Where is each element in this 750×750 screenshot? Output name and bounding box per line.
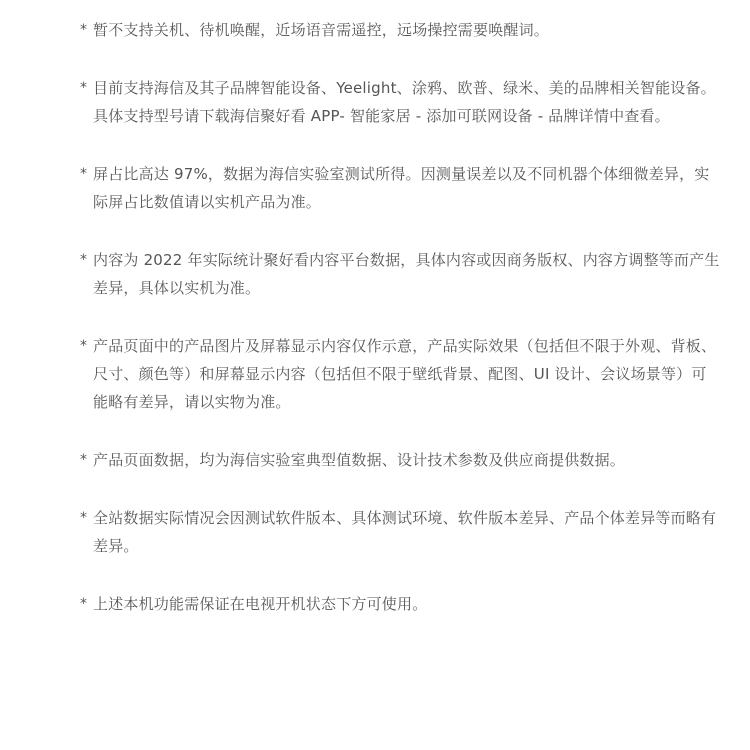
- asterisk-bullet: *: [80, 16, 87, 44]
- asterisk-bullet: *: [80, 590, 87, 618]
- asterisk-bullet: *: [80, 332, 87, 360]
- asterisk-bullet: *: [80, 160, 87, 188]
- note-text: 屏占比高达 97%，数据为海信实验室测试所得。因测量误差以及不同机器个体细微差异…: [93, 165, 710, 211]
- disclaimer-notes: * 暂不支持关机、待机唤醒，近场语音需遥控，远场操控需要唤醒词。 * 目前支持海…: [80, 16, 720, 648]
- note-item: * 目前支持海信及其子品牌智能设备、Yeelight、涂鸦、欧普、绿米、美的品牌…: [80, 74, 720, 130]
- note-item: * 暂不支持关机、待机唤醒，近场语音需遥控，远场操控需要唤醒词。: [80, 16, 720, 44]
- note-item: * 上述本机功能需保证在电视开机状态下方可使用。: [80, 590, 720, 618]
- note-text: 目前支持海信及其子品牌智能设备、Yeelight、涂鸦、欧普、绿米、美的品牌相关…: [93, 79, 716, 125]
- asterisk-bullet: *: [80, 446, 87, 474]
- asterisk-bullet: *: [80, 504, 87, 532]
- note-item: * 产品页面中的产品图片及屏幕显示内容仅作示意，产品实际效果（包括但不限于外观、…: [80, 332, 720, 416]
- note-item: * 屏占比高达 97%，数据为海信实验室测试所得。因测量误差以及不同机器个体细微…: [80, 160, 720, 216]
- note-text: 产品页面数据，均为海信实验室典型值数据、设计技术参数及供应商提供数据。: [93, 451, 625, 469]
- note-item: * 产品页面数据，均为海信实验室典型值数据、设计技术参数及供应商提供数据。: [80, 446, 720, 474]
- note-text: 上述本机功能需保证在电视开机状态下方可使用。: [93, 595, 427, 613]
- note-item: * 全站数据实际情况会因测试软件版本、具体测试环境、软件版本差异、产品个体差异等…: [80, 504, 720, 560]
- asterisk-bullet: *: [80, 246, 87, 274]
- note-text: 产品页面中的产品图片及屏幕显示内容仅作示意，产品实际效果（包括但不限于外观、背板…: [93, 337, 716, 411]
- note-text: 全站数据实际情况会因测试软件版本、具体测试环境、软件版本差异、产品个体差异等而略…: [93, 509, 716, 555]
- note-item: * 内容为 2022 年实际统计聚好看内容平台数据，具体内容或因商务版权、内容方…: [80, 246, 720, 302]
- note-text: 暂不支持关机、待机唤醒，近场语音需遥控，远场操控需要唤醒词。: [93, 21, 549, 39]
- asterisk-bullet: *: [80, 74, 87, 102]
- note-text: 内容为 2022 年实际统计聚好看内容平台数据，具体内容或因商务版权、内容方调整…: [93, 251, 720, 297]
